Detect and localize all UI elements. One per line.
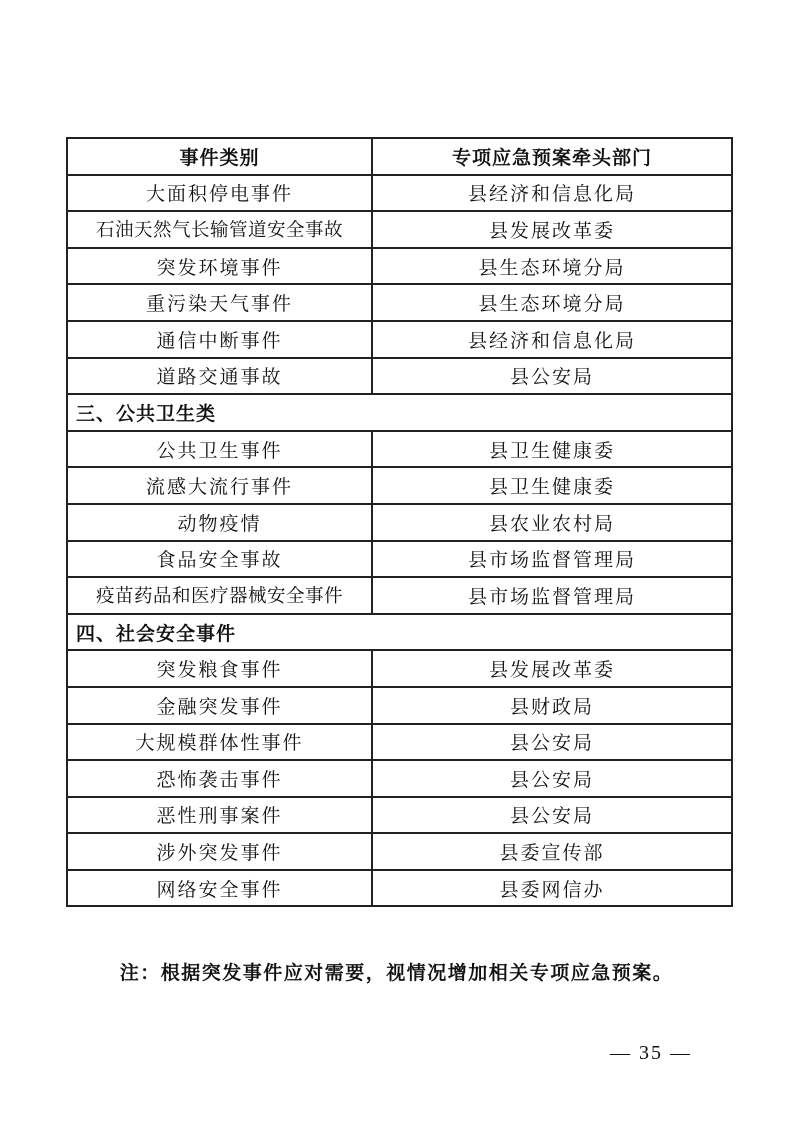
event-cell: 流感大流行事件: [67, 467, 372, 504]
department-cell: 县公安局: [372, 358, 732, 395]
department-cell: 县卫生健康委: [372, 467, 732, 504]
event-cell: 突发环境事件: [67, 248, 372, 285]
table-row: 石油天然气长输管道安全事故 县发展改革委: [67, 211, 732, 248]
department-cell: 县财政局: [372, 687, 732, 724]
table-row: 突发环境事件 县生态环境分局: [67, 248, 732, 285]
event-cell: 突发粮食事件: [67, 650, 372, 687]
department-cell: 县公安局: [372, 797, 732, 834]
table-row: 道路交通事故 县公安局: [67, 358, 732, 395]
department-cell: 县市场监督管理局: [372, 541, 732, 578]
event-cell: 石油天然气长输管道安全事故: [67, 211, 372, 248]
department-cell: 县农业农村局: [372, 504, 732, 541]
table-row: 流感大流行事件 县卫生健康委: [67, 467, 732, 504]
department-cell: 县发展改革委: [372, 211, 732, 248]
event-cell: 涉外突发事件: [67, 833, 372, 870]
table-row: 大面积停电事件 县经济和信息化局: [67, 175, 732, 212]
table-row: 食品安全事故 县市场监督管理局: [67, 541, 732, 578]
event-cell: 动物疫情: [67, 504, 372, 541]
table-row: 恐怖袭击事件 县公安局: [67, 760, 732, 797]
event-cell: 重污染天气事件: [67, 284, 372, 321]
department-cell: 县生态环境分局: [372, 284, 732, 321]
section-row-social-security: 四、社会安全事件: [67, 614, 732, 651]
event-cell: 疫苗药品和医疗器械安全事件: [67, 577, 372, 614]
department-cell: 县公安局: [372, 724, 732, 761]
page-number: — 35 —: [610, 1042, 692, 1065]
department-cell: 县委网信办: [372, 870, 732, 907]
footnote: 注：根据突发事件应对需要，视情况增加相关专项应急预案。: [0, 958, 793, 985]
department-cell: 县经济和信息化局: [372, 321, 732, 358]
department-cell: 县市场监督管理局: [372, 577, 732, 614]
department-cell: 县卫生健康委: [372, 431, 732, 468]
section-row-public-health: 三、公共卫生类: [67, 394, 732, 431]
section-heading: 三、公共卫生类: [67, 394, 732, 431]
table-row: 突发粮食事件 县发展改革委: [67, 650, 732, 687]
event-cell: 大面积停电事件: [67, 175, 372, 212]
event-cell: 通信中断事件: [67, 321, 372, 358]
emergency-plan-table: 事件类别 专项应急预案牵头部门 大面积停电事件 县经济和信息化局 石油天然气长输…: [66, 137, 733, 907]
table-header-row: 事件类别 专项应急预案牵头部门: [67, 138, 732, 175]
table-row: 重污染天气事件 县生态环境分局: [67, 284, 732, 321]
department-cell: 县委宣传部: [372, 833, 732, 870]
department-cell: 县经济和信息化局: [372, 175, 732, 212]
event-cell: 道路交通事故: [67, 358, 372, 395]
event-cell: 食品安全事故: [67, 541, 372, 578]
table-row: 大规模群体性事件 县公安局: [67, 724, 732, 761]
table-row: 公共卫生事件 县卫生健康委: [67, 431, 732, 468]
section-heading: 四、社会安全事件: [67, 614, 732, 651]
event-cell: 恐怖袭击事件: [67, 760, 372, 797]
department-cell: 县发展改革委: [372, 650, 732, 687]
column-header-event-category: 事件类别: [67, 138, 372, 175]
table-row: 网络安全事件 县委网信办: [67, 870, 732, 907]
table-row: 恶性刑事案件 县公安局: [67, 797, 732, 834]
event-cell: 公共卫生事件: [67, 431, 372, 468]
table-row: 动物疫情 县农业农村局: [67, 504, 732, 541]
column-header-lead-department: 专项应急预案牵头部门: [372, 138, 732, 175]
department-cell: 县生态环境分局: [372, 248, 732, 285]
table-row: 疫苗药品和医疗器械安全事件 县市场监督管理局: [67, 577, 732, 614]
department-cell: 县公安局: [372, 760, 732, 797]
event-cell: 大规模群体性事件: [67, 724, 372, 761]
table-row: 通信中断事件 县经济和信息化局: [67, 321, 732, 358]
event-cell: 金融突发事件: [67, 687, 372, 724]
event-cell: 恶性刑事案件: [67, 797, 372, 834]
event-cell: 网络安全事件: [67, 870, 372, 907]
table-row: 金融突发事件 县财政局: [67, 687, 732, 724]
table-row: 涉外突发事件 县委宣传部: [67, 833, 732, 870]
